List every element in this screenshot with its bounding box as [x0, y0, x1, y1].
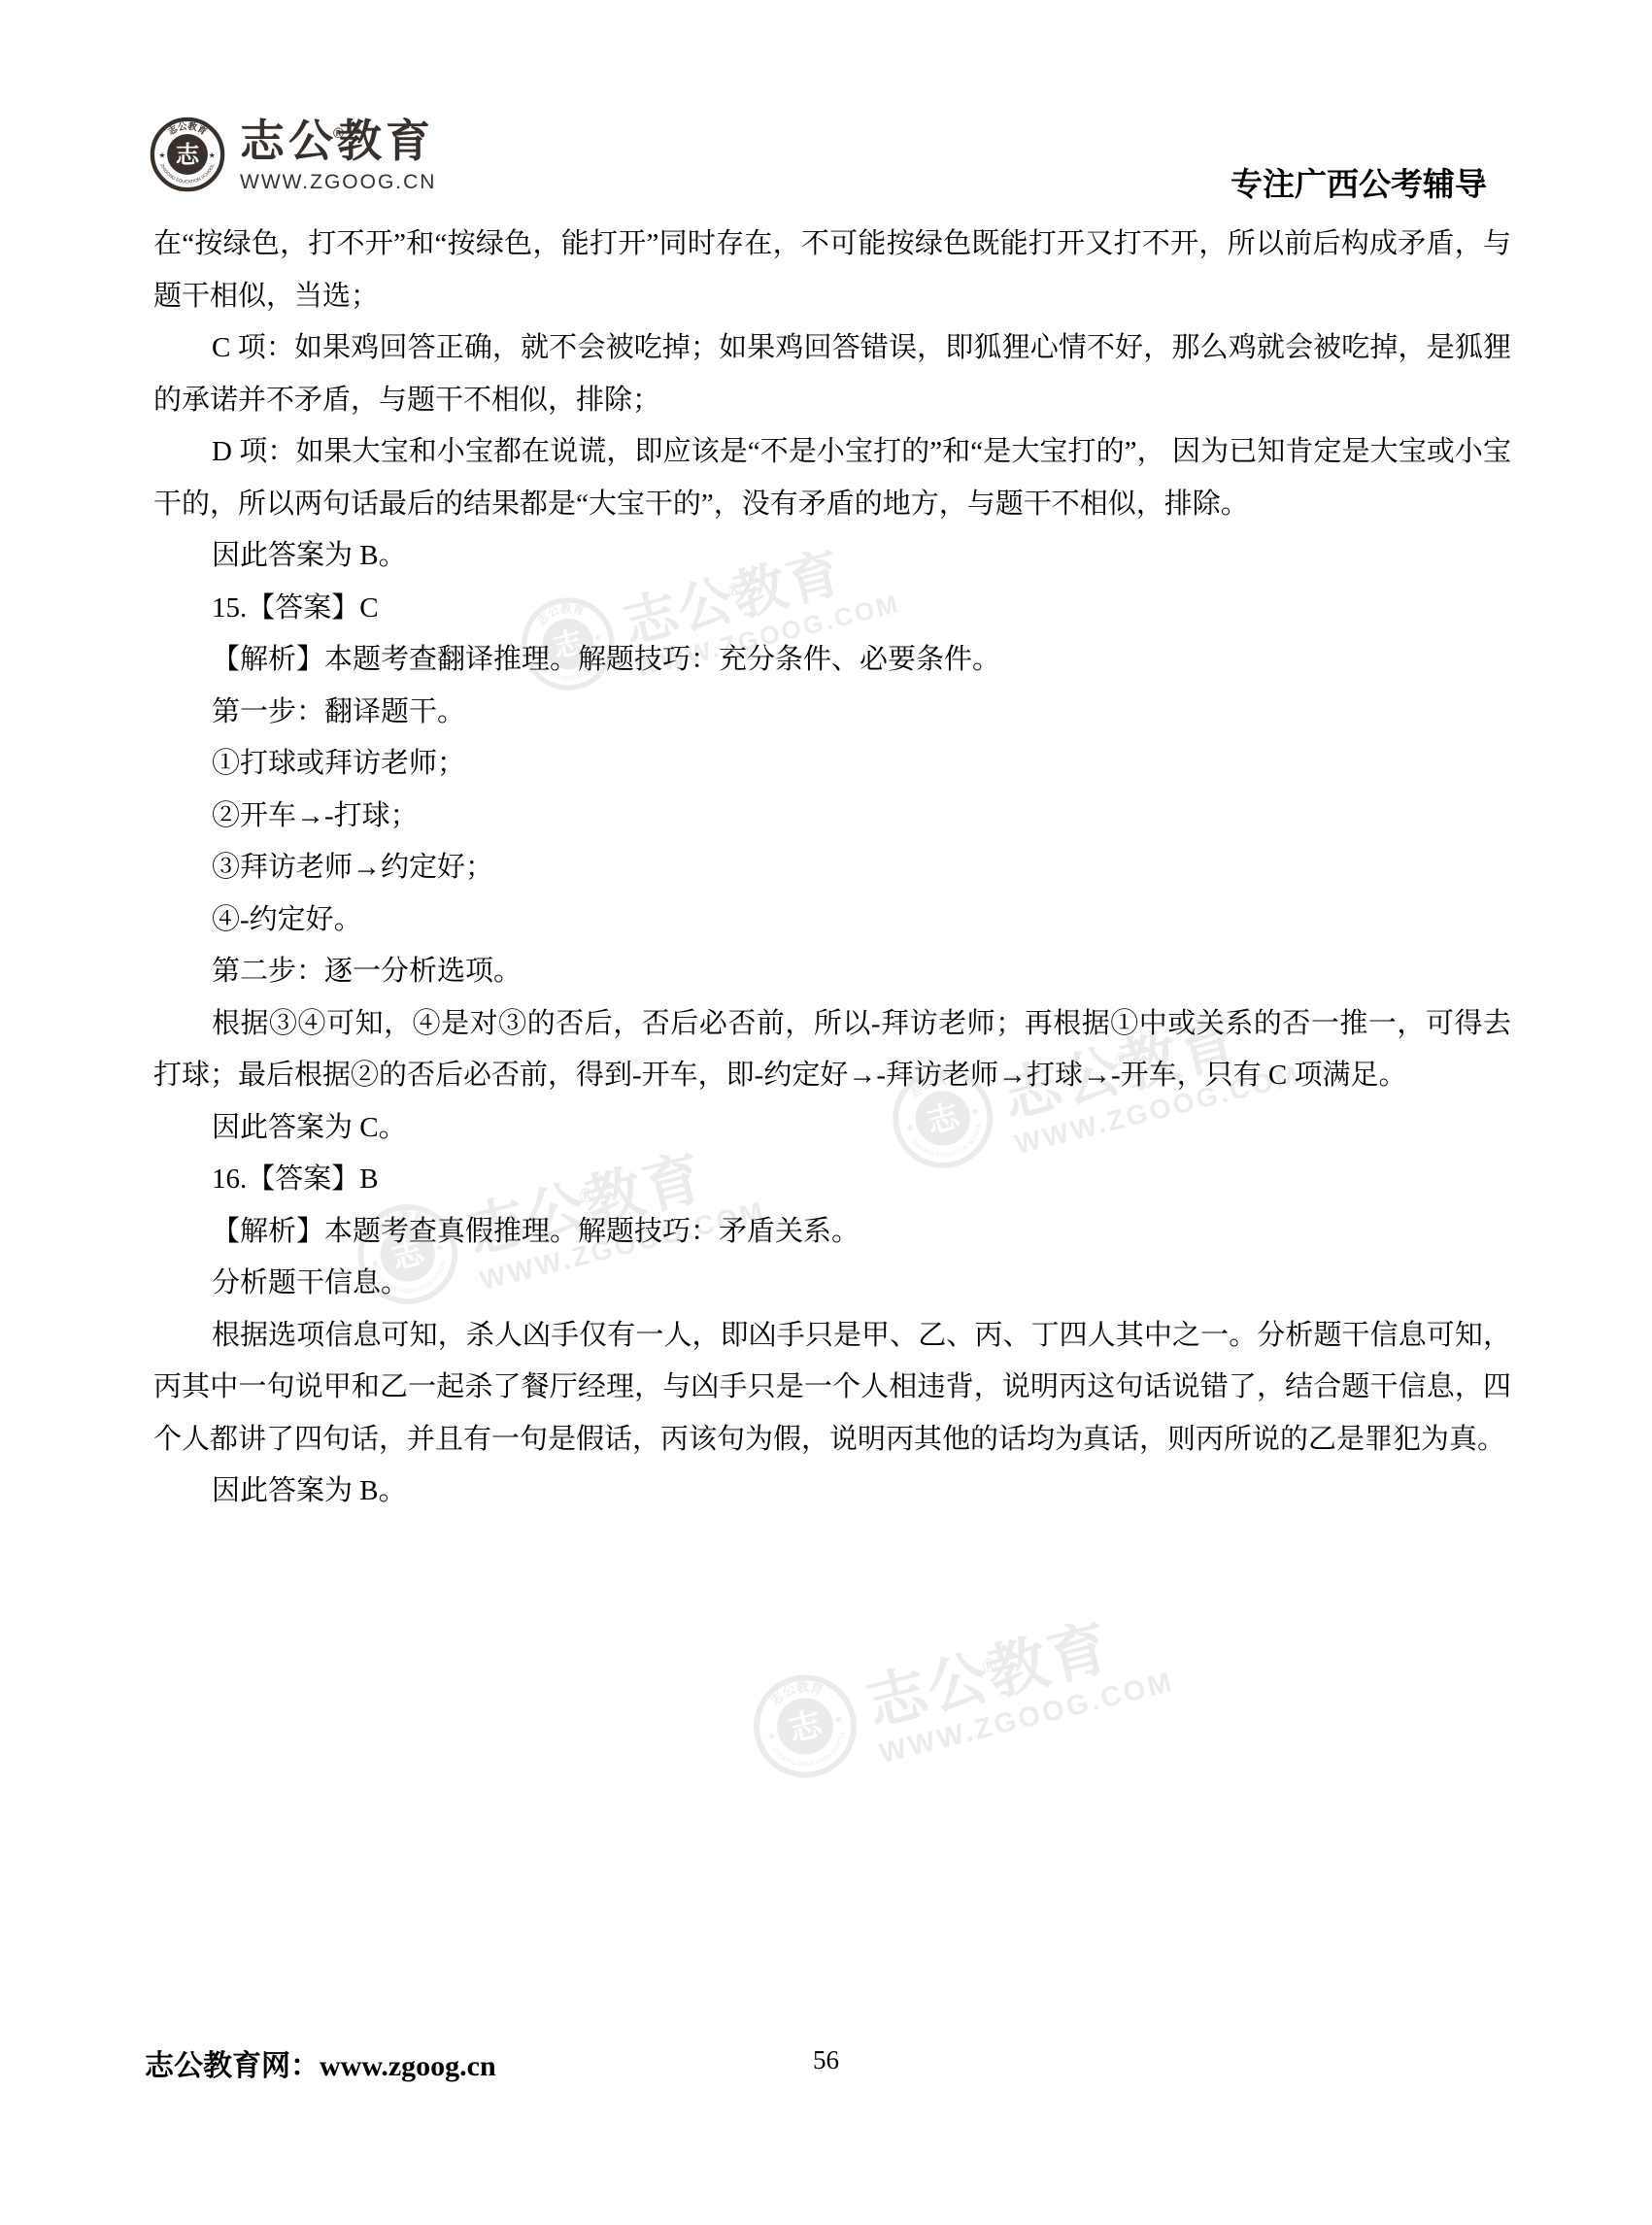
paragraph: 【解析】本题考查真假推理。解题技巧：矛盾关系。: [153, 1206, 1511, 1259]
page-number: 56: [0, 2045, 1652, 2075]
paragraph: D 项：如果大宝和小宝都在说谎，即应该是“不是小宝打的”和“是大宝打的”， 因为…: [153, 426, 1511, 530]
watermark-brand: 志公教育®: [861, 1605, 1169, 1736]
paragraph: 第二步：逐一分析选项。: [153, 946, 1511, 998]
paragraph: 16.【答案】B: [153, 1154, 1511, 1206]
paragraph: ③拜访老师→约定好；: [153, 842, 1511, 894]
paragraph: 根据③④可知，④是对③的否后，否后必否前，所以-拜访老师；再根据①中或关系的否一…: [153, 998, 1511, 1102]
paragraph: 在“按绿色，打不开”和“按绿色，能打开”同时存在，不可能按绿色既能打开又打不开，…: [153, 219, 1511, 322]
brand-name: 志公教育®: [240, 118, 436, 164]
paragraph: 因此答案为 B。: [153, 530, 1511, 583]
paragraph: 第一步：翻译题干。: [153, 687, 1511, 739]
paragraph: 【解析】本题考查翻译推理。解题技巧：充分条件、必要条件。: [153, 634, 1511, 687]
paragraph: 分析题干信息。: [153, 1258, 1511, 1310]
watermark-brand-text: 志公教育: [860, 1613, 1118, 1738]
paragraph: 15.【答案】C: [153, 583, 1511, 635]
paragraph: 因此答案为 C。: [153, 1102, 1511, 1155]
brand-seal-icon: [150, 117, 225, 192]
paragraph: 根据选项信息可知，杀人凶手仅有一人，即凶手只是甲、乙、丙、丁四人其中之一。分析题…: [153, 1310, 1511, 1466]
paragraph: ④-约定好。: [153, 894, 1511, 947]
paragraph: ②开车→-打球；: [153, 791, 1511, 843]
document-body: 在“按绿色，打不开”和“按绿色，能打开”同时存在，不可能按绿色既能打开又打不开，…: [153, 219, 1511, 1518]
watermark: 志公教育® WWW.ZGOOG.COM: [742, 1586, 1178, 1799]
header-tagline: 专注广西公考辅导: [1231, 159, 1487, 205]
document-page: 志公教育® WWW.ZGOOG.COM 志公教育® WWW.ZGOOG.COM …: [0, 0, 1652, 2225]
brand-website: WWW.ZGOOG.CN: [240, 171, 436, 194]
paragraph: 因此答案为 B。: [153, 1466, 1511, 1518]
brand-logo: 志公教育® WWW.ZGOOG.CN: [240, 118, 436, 194]
watermark-seal-icon: [742, 1663, 869, 1790]
paragraph: ①打球或拜访老师；: [153, 738, 1511, 791]
watermark-registered-mark: ®: [976, 1636, 1004, 1697]
registered-mark: ®: [333, 111, 344, 157]
paragraph: C 项：如果鸡回答正确，就不会被吃掉；如果鸡回答错误，即狐狸心情不好，那么鸡就会…: [153, 322, 1511, 426]
watermark-website: WWW.ZGOOG.COM: [876, 1667, 1177, 1770]
